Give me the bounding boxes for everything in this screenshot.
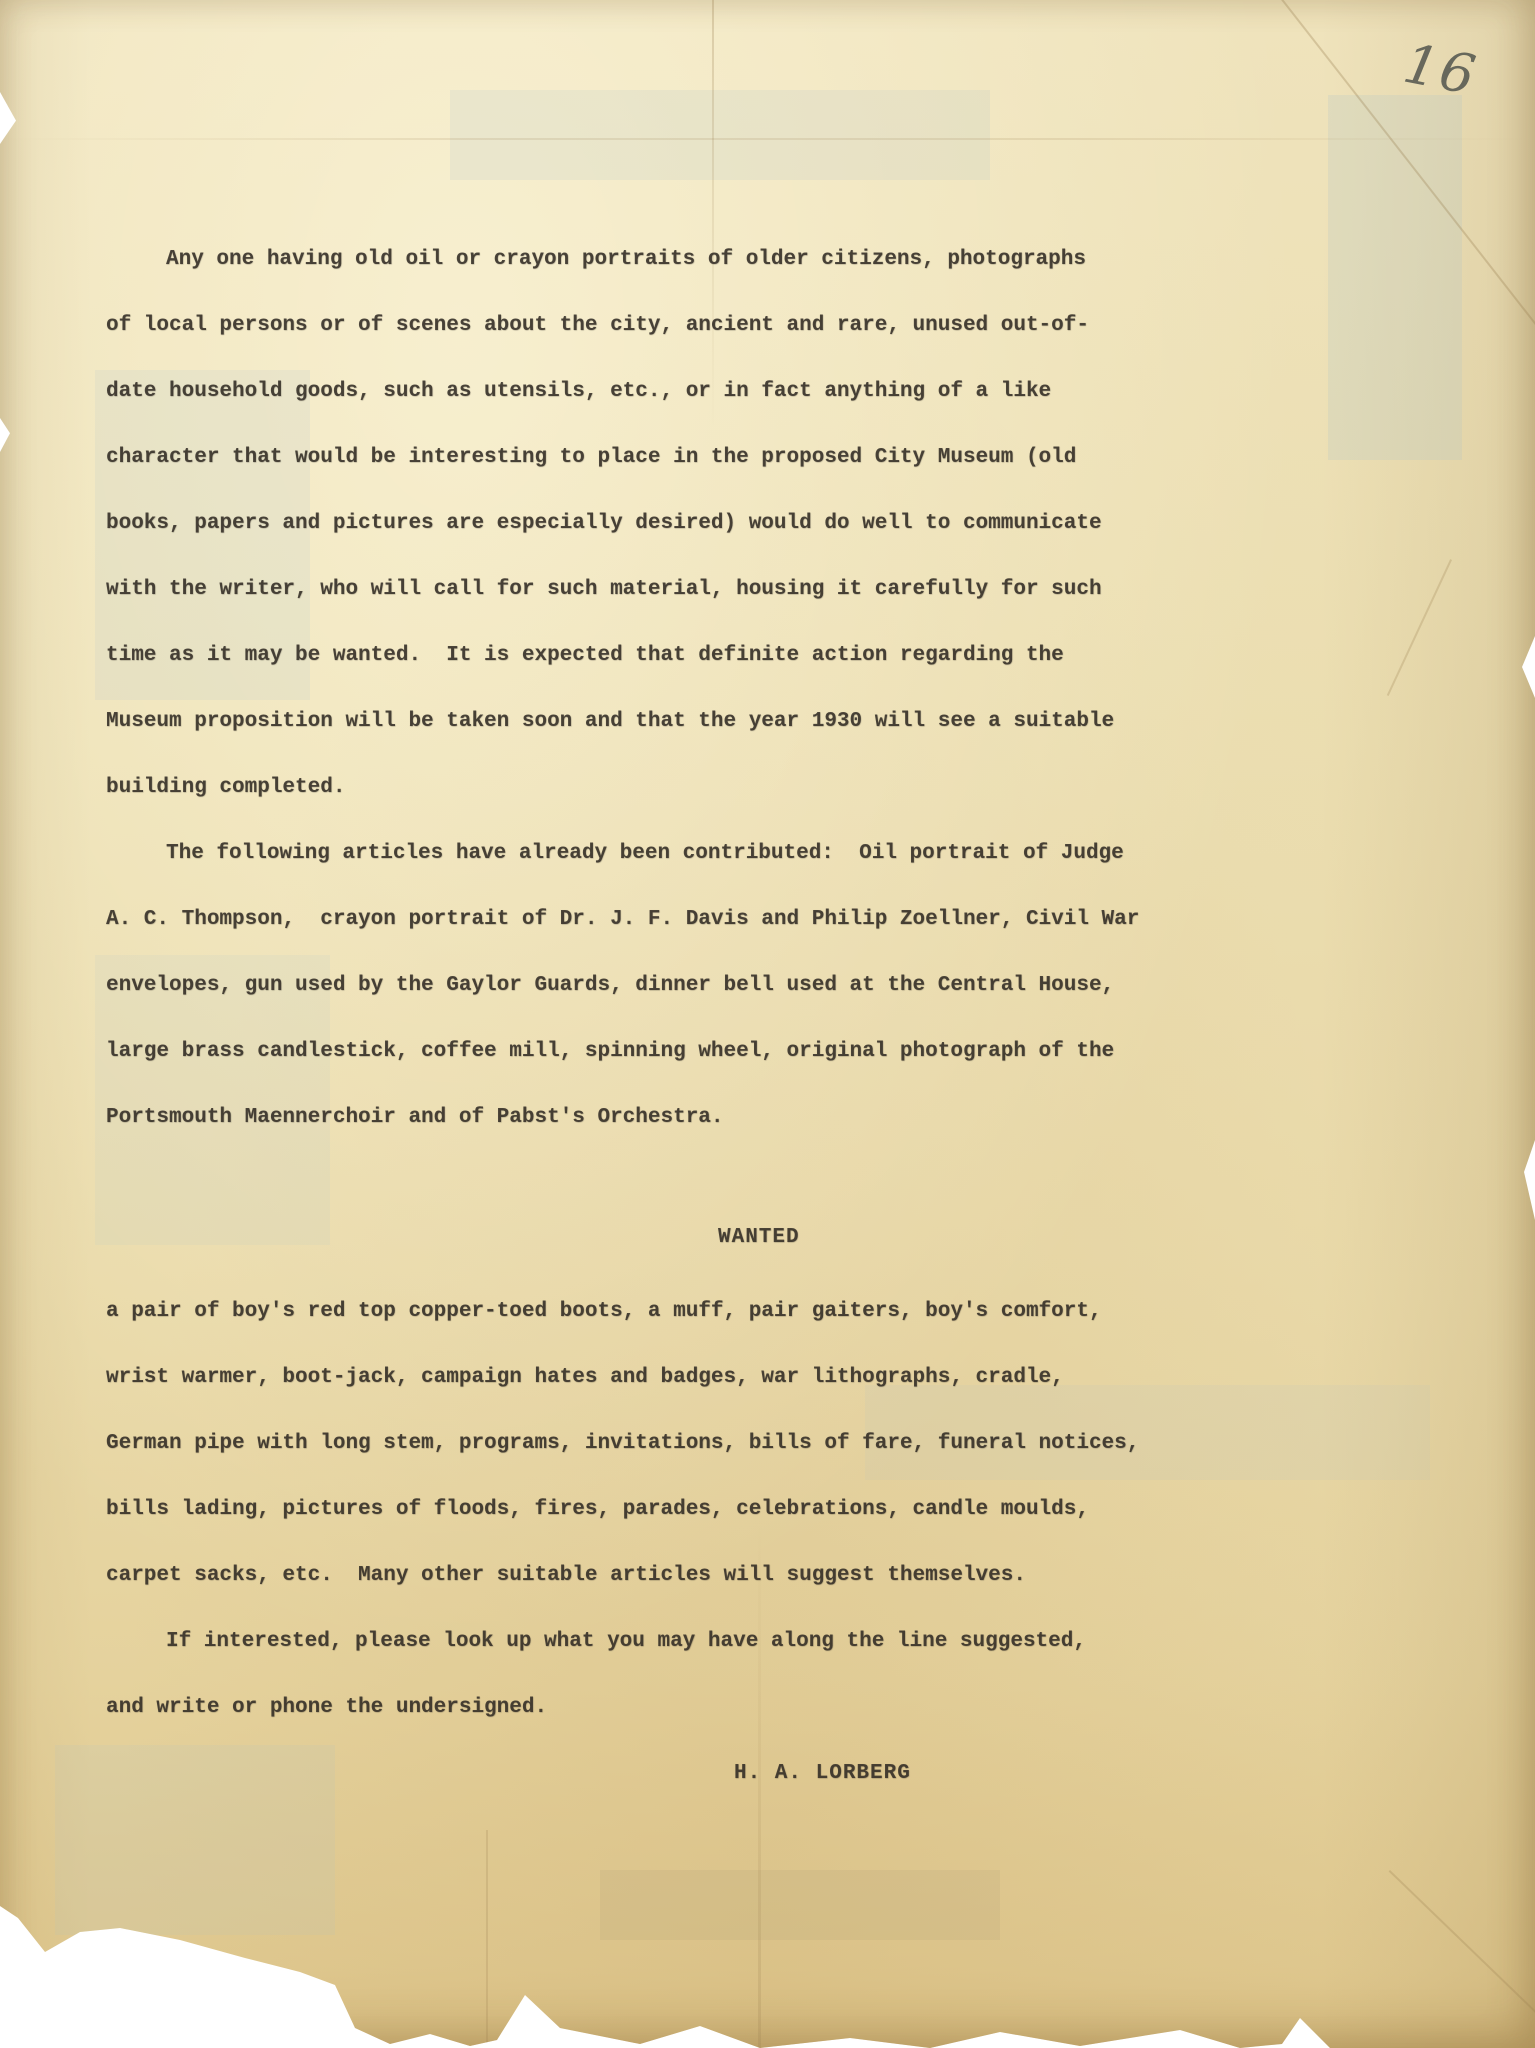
text-line: of local persons or of scenes about the …	[106, 293, 1286, 359]
crease-line	[486, 1830, 488, 2048]
text-line: with the writer, who will call for such …	[106, 557, 1286, 623]
text-line: books, papers and pictures are especiall…	[106, 491, 1286, 557]
edge-tear	[1524, 1140, 1535, 1220]
text-line: a pair of boy's red top copper-toed boot…	[106, 1279, 1286, 1345]
text-line: character that would be interesting to p…	[106, 425, 1286, 491]
text-line: carpet sacks, etc. Many other suitable a…	[106, 1543, 1286, 1609]
text-line: If interested, please look up what you m…	[106, 1609, 1286, 1675]
text-line: large brass candlestick, coffee mill, sp…	[106, 1019, 1286, 1085]
text-line: German pipe with long stem, programs, in…	[106, 1411, 1286, 1477]
wanted-paragraph: a pair of boy's red top copper-toed boot…	[106, 1279, 1286, 1609]
text-line: and write or phone the undersigned.	[106, 1675, 1286, 1741]
edge-tear	[1522, 636, 1535, 698]
scan-background: 16 Any one having old oil or crayon port…	[0, 0, 1535, 2048]
text-line: date household goods, such as utensils, …	[106, 359, 1286, 425]
text-line: The following articles have already been…	[106, 821, 1286, 887]
crease-line	[1387, 559, 1452, 696]
edge-tear	[0, 418, 10, 452]
signature: H. A. LORBERG	[106, 1741, 1286, 1807]
bleedthrough-patch	[1328, 95, 1462, 460]
text-line: wrist warmer, boot-jack, campaign hates …	[106, 1345, 1286, 1411]
text-line: A. C. Thompson, crayon portrait of Dr. J…	[106, 887, 1286, 953]
paper-sheet: 16 Any one having old oil or crayon port…	[0, 0, 1535, 2048]
bleedthrough-patch	[450, 90, 990, 180]
text-line: Portsmouth Maennerchoir and of Pabst's O…	[106, 1085, 1286, 1151]
text-line: Museum proposition will be taken soon an…	[106, 689, 1286, 755]
document-text: Any one having old oil or crayon portrai…	[106, 227, 1286, 1807]
edge-tear	[0, 92, 16, 144]
crease-line	[1266, 0, 1535, 328]
text-line: bills lading, pictures of floods, fires,…	[106, 1477, 1286, 1543]
text-line: time as it may be wanted. It is expected…	[106, 623, 1286, 689]
text-line: building completed.	[106, 755, 1286, 821]
text-line: envelopes, gun used by the Gaylor Guards…	[106, 953, 1286, 1019]
crease-line	[0, 138, 1535, 140]
crease-line	[1389, 1870, 1535, 2048]
bleedthrough-patch	[600, 1870, 1000, 1940]
handwritten-page-number: 16	[1399, 32, 1482, 108]
text-line: Any one having old oil or crayon portrai…	[106, 227, 1286, 293]
wanted-heading: WANTED	[106, 1205, 1286, 1271]
